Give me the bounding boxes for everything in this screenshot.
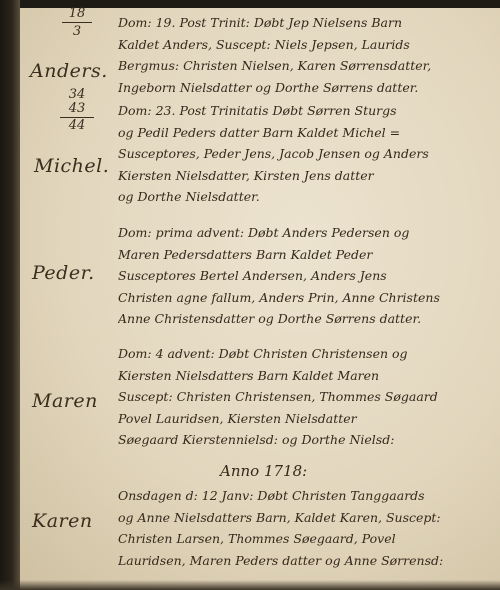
entry-line: Dom: 23. Post Trinitatis Døbt Sørren Stu… <box>118 100 490 122</box>
margin-name-michel: Michel. <box>34 155 109 177</box>
entry-line: Susceptores, Peder Jens, Jacob Jensen og… <box>118 143 490 165</box>
entry-line: og Pedil Peders datter Barn Kaldet Miche… <box>118 122 490 144</box>
margin-fraction-2: 34 43 44 <box>60 88 94 133</box>
fraction-value: 3 <box>73 24 81 39</box>
entry-line: Dom: prima advent: Døbt Anders Pedersen … <box>118 222 490 244</box>
entry-line: Lauridsen, Maren Peders datter og Anne S… <box>118 550 490 572</box>
entry-line: Maren Pedersdatters Barn Kaldet Peder <box>118 244 490 266</box>
entry-line: Christen agne fallum, Anders Prin, Anne … <box>118 287 490 309</box>
entry-line: Anne Christensdatter og Dorthe Sørrens d… <box>118 308 490 330</box>
entry-line: Kaldet Anders, Suscept: Niels Jepsen, La… <box>118 34 490 56</box>
fraction-rule <box>62 22 92 23</box>
baptism-entry-anders: Dom: 19. Post Trinit: Døbt Jep Nielsens … <box>118 12 490 98</box>
baptism-entry-maren: Dom: 4 advent: Døbt Christen Christensen… <box>118 343 490 451</box>
entry-line: Kiersten Nielsdatters Barn Kaldet Maren <box>118 365 490 387</box>
book-spine <box>0 0 20 590</box>
entry-line: Povel Lauridsen, Kiersten Nielsdatter <box>118 408 490 430</box>
entry-line: Søegaard Kierstennielsd: og Dorthe Niels… <box>118 429 490 451</box>
page-bottom-edge <box>0 580 500 590</box>
year-heading: Anno 1718: <box>220 462 307 480</box>
baptism-entry-karen: Onsdagen d: 12 Janv: Døbt Christen Tangg… <box>118 485 490 571</box>
baptism-entry-michel: Dom: 23. Post Trinitatis Døbt Sørren Stu… <box>118 100 490 208</box>
entry-line: Susceptores Bertel Andersen, Anders Jens <box>118 265 490 287</box>
entry-line: Onsdagen d: 12 Janv: Døbt Christen Tangg… <box>118 485 490 507</box>
margin-name-peder: Peder. <box>32 262 95 284</box>
entry-line: Suscept: Christen Christensen, Thommes S… <box>118 386 490 408</box>
fraction-value: 43 <box>60 102 94 116</box>
margin-name-karen: Karen <box>32 510 93 532</box>
entry-line: Dom: 19. Post Trinit: Døbt Jep Nielsens … <box>118 12 490 34</box>
entry-line: og Anne Nielsdatters Barn, Kaldet Karen,… <box>118 507 490 529</box>
entry-line: Kiersten Nielsdatter, Kirsten Jens datte… <box>118 165 490 187</box>
fraction-value: 18 <box>69 6 86 21</box>
register-page: 18 3 34 43 44 Anders. Michel. Peder. Mar… <box>0 0 500 590</box>
entry-line: Christen Larsen, Thommes Søegaard, Povel <box>118 528 490 550</box>
fraction-value: 34 <box>60 88 94 102</box>
margin-name-anders: Anders. <box>30 60 108 82</box>
baptism-entry-peder: Dom: prima advent: Døbt Anders Pedersen … <box>118 222 490 330</box>
margin-name-maren: Maren <box>32 390 98 412</box>
entry-line: og Dorthe Nielsdatter. <box>118 186 490 208</box>
fraction-value: 44 <box>60 119 94 133</box>
entry-line: Dom: 4 advent: Døbt Christen Christensen… <box>118 343 490 365</box>
margin-fraction-1: 18 3 <box>62 6 92 39</box>
entry-line: Bergmus: Christen Nielsen, Karen Sørrens… <box>118 55 490 77</box>
entry-line: Ingeborn Nielsdatter og Dorthe Sørrens d… <box>118 77 490 99</box>
